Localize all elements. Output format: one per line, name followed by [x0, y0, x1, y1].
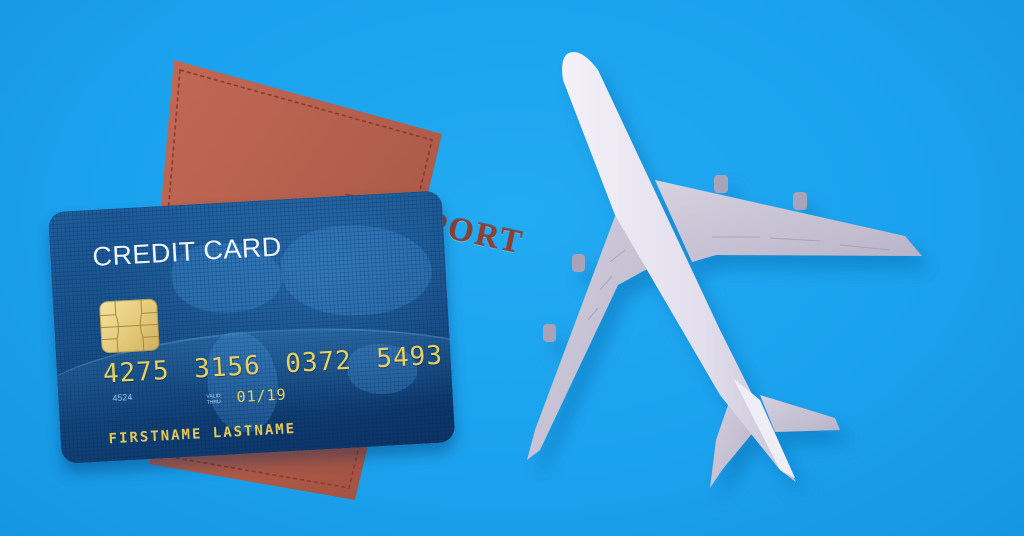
- airplane-icon: [0, 0, 1024, 536]
- photo-scene: PASSPORT CREDIT CARD 4275 3156 0372 5493…: [0, 0, 1024, 536]
